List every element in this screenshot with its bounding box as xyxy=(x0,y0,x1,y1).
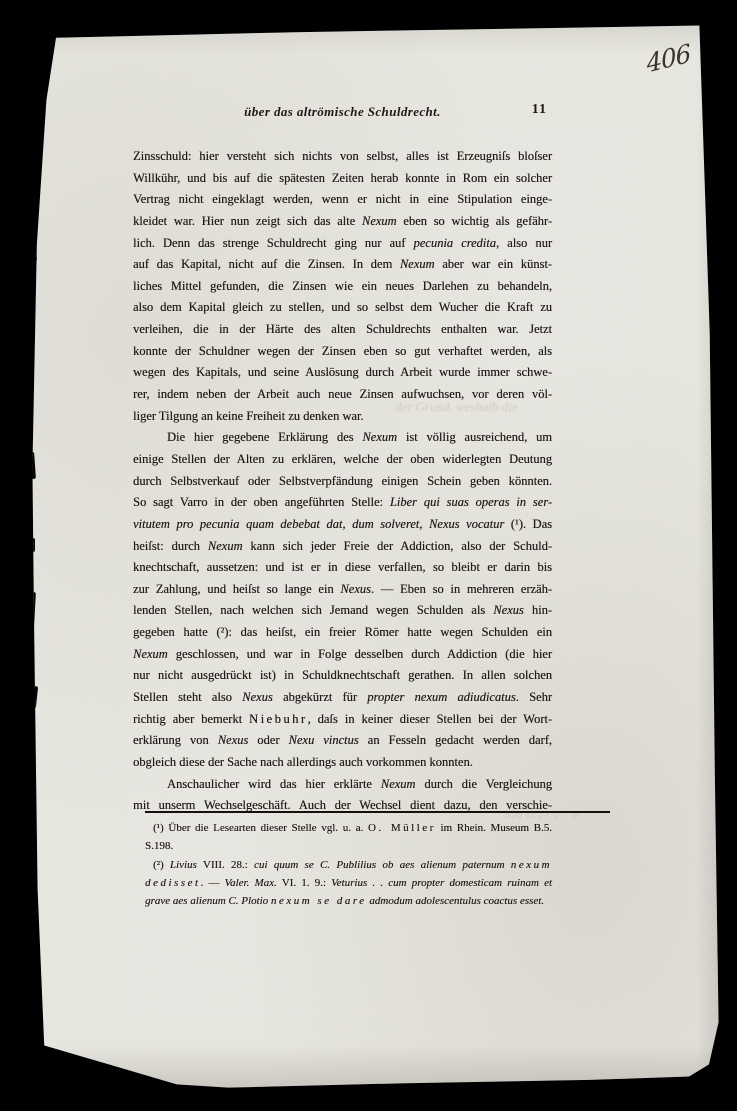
edge-nick xyxy=(28,256,37,275)
text-line: mit unserm Wechselgeschäft. Auch der Wec… xyxy=(133,795,552,817)
text-line: lich. Denn das strenge Schuldrecht ging … xyxy=(133,233,552,255)
edge-nick xyxy=(29,824,35,840)
text-line: (¹) Über die Lesearten dieser Stelle vgl… xyxy=(145,819,552,856)
text-line: knechtschaft, aussetzen: und ist er in d… xyxy=(133,557,552,579)
page-number: 11 xyxy=(532,102,547,118)
edge-nick xyxy=(29,538,35,552)
text-line: vitutem pro pecunia quam debebat dat, du… xyxy=(133,514,552,536)
footnote: (¹) Über die Lesearten dieser Stelle vgl… xyxy=(145,819,552,856)
text-line: richtig aber bemerkt Niebuhr, daſs in ke… xyxy=(133,709,552,731)
text-line: So sagt Varro in der oben angeführten St… xyxy=(133,492,552,514)
edge-nick xyxy=(31,1006,38,1020)
footnote: (²) Livius VIII. 28.: cui quum se C. Pub… xyxy=(145,856,552,911)
text-line: konnte der Schuldner wegen der Zinsen eb… xyxy=(133,341,552,363)
text-line: einige Stellen der Alten zu erklären, we… xyxy=(133,449,552,471)
text-line: zur Zahlung, und heiſst so lange ein Nex… xyxy=(133,579,552,601)
text-line: erklärung von Nexus oder Nexu vinctus an… xyxy=(133,730,552,752)
text-line: durch Selbstverkauf oder Selbstverpfändu… xyxy=(133,471,552,493)
text-line: liches Mittel gefunden, die Zinsen wie e… xyxy=(133,276,552,298)
footnote-separator-rule xyxy=(145,811,610,813)
text-line: verleihen, die in der Härte des alten Sc… xyxy=(133,319,552,341)
edge-nick xyxy=(27,592,36,626)
text-line: wegen des Kapitals, und seine Auslösung … xyxy=(133,362,552,384)
text-line: Zinsschuld: hier versteht sich nichts vo… xyxy=(133,146,552,168)
footnotes: (¹) Über die Lesearten dieser Stelle vgl… xyxy=(145,819,552,910)
text-line: dedisset. — Valer. Max. VI. 1. 9.: Vetur… xyxy=(145,874,552,892)
body-text: Zinsschuld: hier versteht sich nichts vo… xyxy=(133,146,552,817)
text-line: liger Tilgung an keine Freiheit zu denke… xyxy=(133,406,552,428)
edge-nick xyxy=(29,686,38,709)
text-line: auf das Kapital, nicht auf die Zinsen. I… xyxy=(133,254,552,276)
text-line: kleidet war. Hier nun zeigt sich das alt… xyxy=(133,211,552,233)
text-line: heiſst: durch Nexum kann sich jeder Frei… xyxy=(133,536,552,558)
text-line: (²) Livius VIII. 28.: cui quum se C. Pub… xyxy=(145,856,552,874)
text-line: Stellen steht also Nexus abgekürzt für p… xyxy=(133,687,552,709)
text-line: Anschaulicher wird das hier erklärte Nex… xyxy=(133,774,552,796)
text-line: Willkühr, und bis auf die spätesten Zeit… xyxy=(133,168,552,190)
paper-sheet: 406 über das altrömische Schuldrecht. 11… xyxy=(0,0,737,1111)
text-line: obgleich diese der Sache nach allerdings… xyxy=(133,752,552,774)
paragraph: Die hier gegebene Erklärung des Nexum is… xyxy=(133,427,552,773)
paragraph: Zinsschuld: hier versteht sich nichts vo… xyxy=(133,146,552,427)
edge-nick xyxy=(27,934,35,960)
text-line: Vertrag nicht eingeklagt werden, wenn er… xyxy=(133,189,552,211)
handwritten-folio-number: 406 xyxy=(645,39,691,79)
text-line: Die hier gegebene Erklärung des Nexum is… xyxy=(133,427,552,449)
edge-nick xyxy=(26,452,36,479)
text-line: rer, indem neben der Arbeit auch neue Zi… xyxy=(133,384,552,406)
text-line: also dem Kapital gleich zu stellen, und … xyxy=(133,297,552,319)
text-line: Nexum geschlossen, und war in Folge dess… xyxy=(133,644,552,666)
text-line: nur nicht ausgedrückt ist) in Schuldknec… xyxy=(133,665,552,687)
running-head: über das altrömische Schuldrecht. xyxy=(133,104,552,120)
text-line: lenden Stellen, nach welchen sich Jemand… xyxy=(133,600,552,622)
scanned-book-page: 406 über das altrömische Schuldrecht. 11… xyxy=(0,0,737,1111)
text-line: gegeben hatte (²): das heiſst, ein freie… xyxy=(133,622,552,644)
text-line: grave aes alienum C. Plotio nexum se dar… xyxy=(145,892,552,910)
